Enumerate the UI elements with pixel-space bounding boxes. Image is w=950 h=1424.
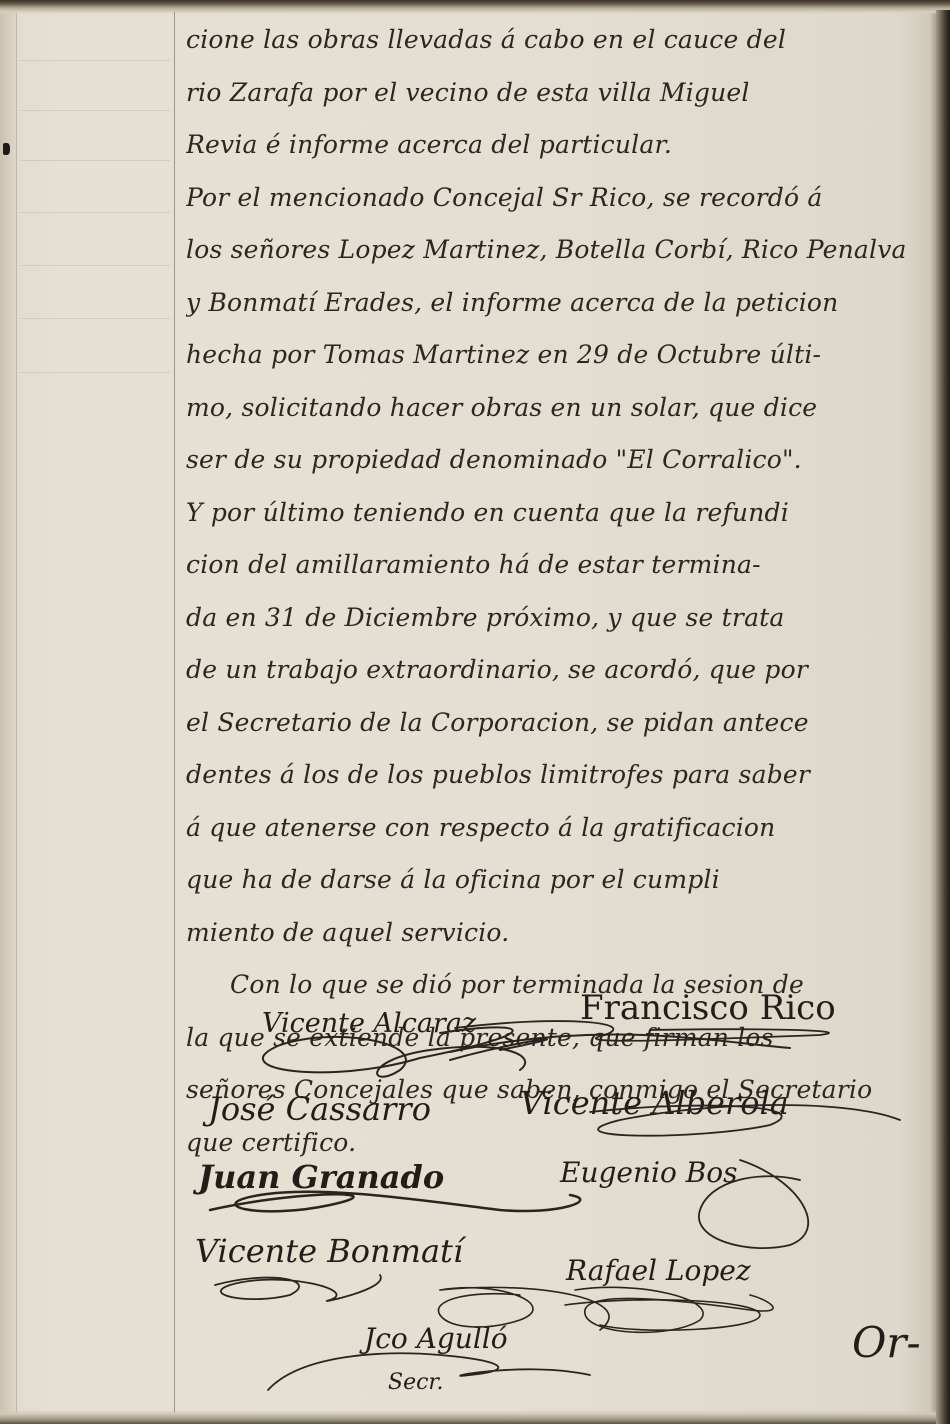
text-line: los señores Lopez Martinez, Botella Corb… (186, 224, 931, 277)
faint-bleedthrough (20, 372, 170, 373)
text-line: mo, solicitando hacer obras en un solar,… (186, 382, 931, 435)
signature-eugenio-bos: Eugenio Bos (560, 1156, 738, 1189)
bottom-edge (0, 1410, 950, 1424)
signature-agullo: Jco Agulló (364, 1322, 508, 1355)
top-torn-edge (0, 0, 950, 14)
text-line: y Bonmatí Erades, el informe acerca de l… (186, 277, 931, 330)
left-page-fold (0, 0, 17, 1424)
text-line: que ha de darse á la oficina por el cump… (186, 854, 931, 907)
signature-secretary-label: Secr. (388, 1370, 444, 1395)
text-line: dentes á los de los pueblos limitrofes p… (186, 749, 931, 802)
faint-bleedthrough (20, 110, 170, 111)
text-line: rio Zarafa por el vecino de esta villa M… (186, 67, 931, 120)
text-line: Revia é informe acerca del particular. (186, 119, 931, 172)
catchword: Or- (852, 1318, 921, 1367)
text-line: el Secretario de la Corporacion, se pida… (186, 697, 931, 750)
signature-vicente-alberola: Vicente Alberola (520, 1084, 789, 1122)
text-line: Y por último teniendo en cuenta que la r… (186, 487, 931, 540)
binding-mark (3, 143, 10, 155)
text-line: cion del amillaramiento há de estar term… (186, 539, 931, 592)
manuscript-page: cione las obras llevadas á cabo en el ca… (0, 0, 950, 1424)
faint-bleedthrough (20, 212, 170, 213)
text-line: cione las obras llevadas á cabo en el ca… (186, 14, 931, 67)
faint-bleedthrough (20, 160, 170, 161)
signature-francisco-rico: Francisco Rico (580, 988, 836, 1028)
text-line: de un trabajo extraordinario, se acordó,… (186, 644, 931, 697)
text-line: hecha por Tomas Martinez en 29 de Octubr… (186, 329, 931, 382)
text-line: miento de aquel servicio. (186, 907, 931, 960)
right-binding-shadow (936, 10, 950, 1424)
faint-bleedthrough (20, 318, 170, 319)
signature-jose-cassarro: José Cassarro (208, 1090, 431, 1128)
text-line: ser de su propiedad denominado "El Corra… (186, 434, 931, 487)
signature-rafael-lopez: Rafael Lopez (566, 1254, 751, 1287)
signature-vicente-alcaraz: Vicente Alcaraz (262, 1008, 476, 1039)
faint-bleedthrough (20, 265, 170, 266)
signature-juan-granado: Juan Granado (198, 1158, 444, 1196)
text-line: da en 31 de Diciembre próximo, y que se … (186, 592, 931, 645)
faint-bleedthrough (20, 60, 170, 61)
margin-rule (174, 12, 175, 1412)
signature-vicente-bonmati: Vicente Bonmatí (195, 1232, 463, 1270)
text-line: Por el mencionado Concejal Sr Rico, se r… (186, 172, 931, 225)
text-line: á que atenerse con respecto á la gratifi… (186, 802, 931, 855)
